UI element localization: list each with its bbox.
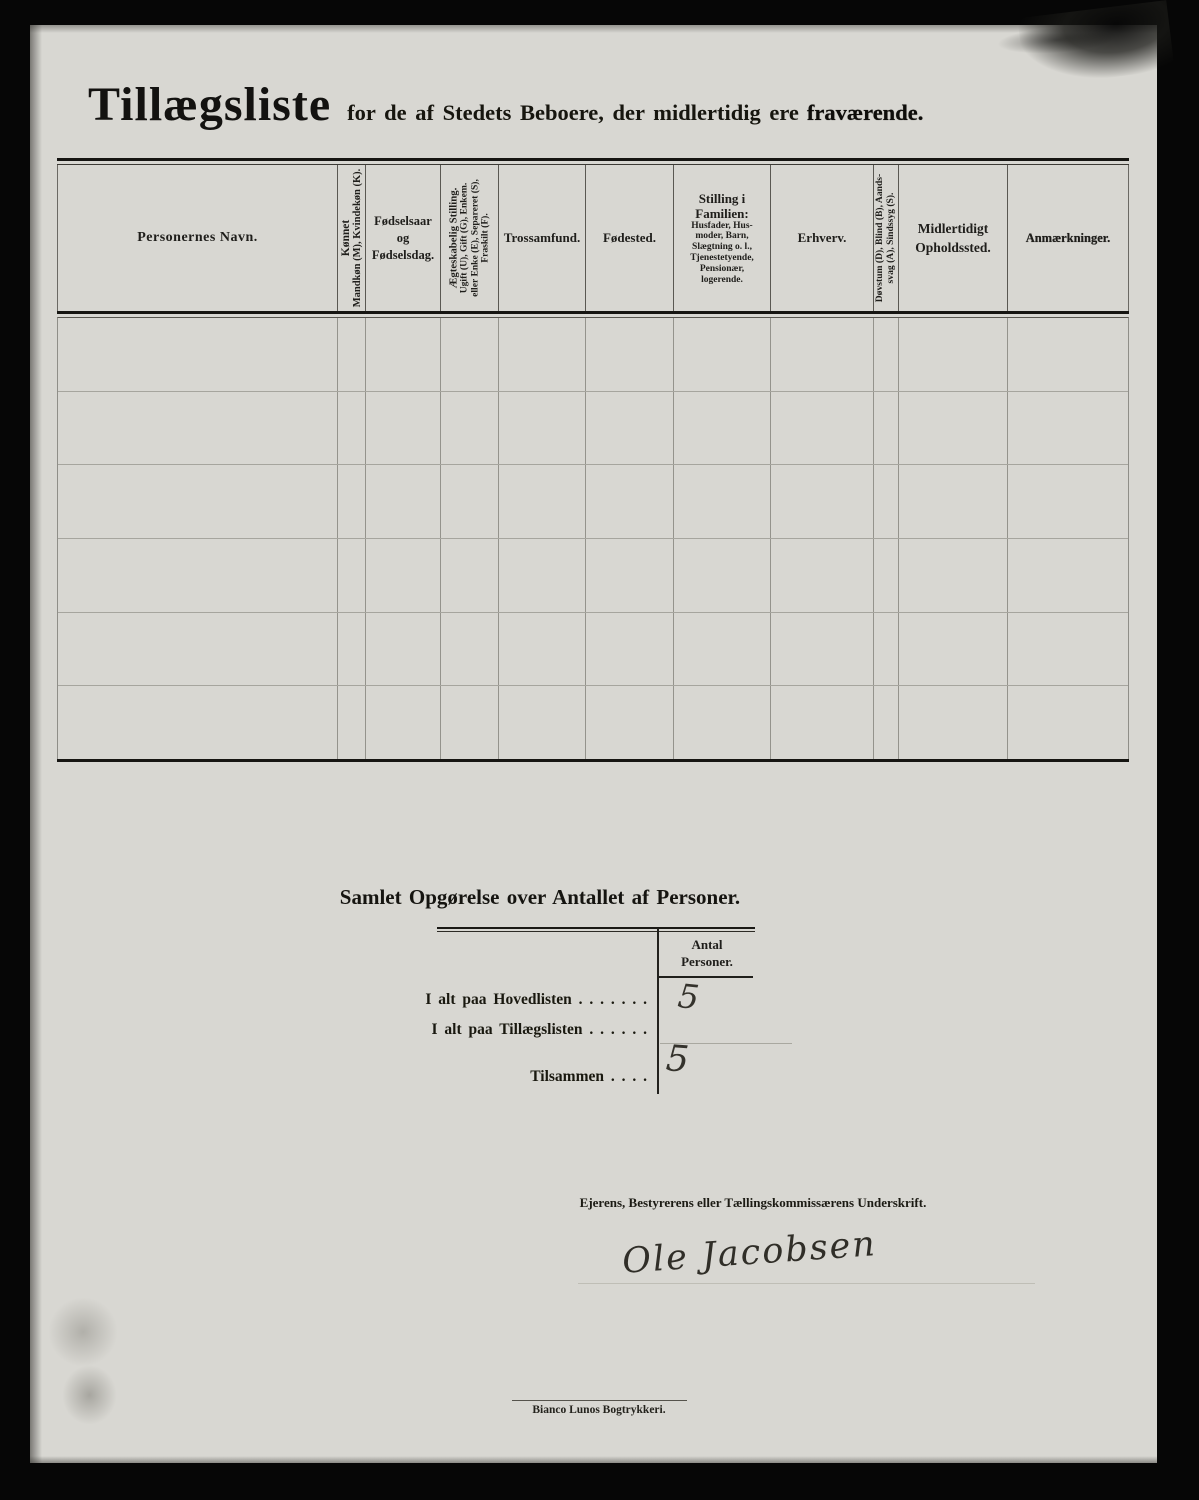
title-main: Tillægsliste: [88, 77, 331, 132]
table-cell: [874, 686, 899, 759]
table-cell: [899, 686, 1008, 759]
table-row: [58, 613, 1128, 687]
column-header-erhverv: Erhverv.: [771, 165, 874, 311]
table-cell: [874, 465, 899, 538]
table-cell: [366, 392, 441, 465]
table-cell: [58, 392, 338, 465]
smudge: [62, 1365, 117, 1425]
table-cell: [338, 465, 366, 538]
table-body: [57, 317, 1129, 759]
table-cell: [441, 392, 499, 465]
table-cell: [899, 613, 1008, 686]
column-header-stilling-i-familien: Stilling i Familien: Husfader, Hus- mode…: [674, 165, 771, 311]
table-cell: [58, 539, 338, 612]
table-cell: [1008, 465, 1128, 538]
table-cell: [1008, 613, 1128, 686]
column-header-midlertidigt-opholdssted: Midlertidigt Opholdssted.: [899, 165, 1008, 311]
table-cell: [674, 686, 771, 759]
table-cell: [499, 613, 586, 686]
table-cell: [441, 686, 499, 759]
vertical-text: Døvstum (D), Blind (B), Aands- svag (A),…: [875, 165, 897, 311]
form-title: Tillægsliste for de af Stedets Beboere, …: [88, 77, 923, 132]
table-cell: [441, 539, 499, 612]
summary-top-rule-thin: [437, 931, 755, 932]
title-emphasis: fraværende.: [807, 100, 923, 126]
table-cell: [338, 392, 366, 465]
scan-shadow-bottom: [30, 1456, 1157, 1463]
table-cell: [366, 686, 441, 759]
signature-handwriting: Ole Jacobsen: [621, 1224, 878, 1282]
summary-row-tillaegslisten: I alt paa Tillægslisten . . . . . .: [432, 1021, 647, 1039]
table-cell: [1008, 318, 1128, 391]
table-cell: [874, 392, 899, 465]
smudge: [48, 1297, 118, 1367]
table-cell: [1008, 686, 1128, 759]
table-cell: [338, 686, 366, 759]
column-header-kjoennet: Kønnet Mandkøn (M), Kvindekøn (K).: [338, 165, 366, 311]
summary-row-hovedlisten: I alt paa Hovedlisten . . . . . . .: [425, 991, 647, 1009]
column-header-anmaerkninger: Anmærkninger.: [1008, 165, 1128, 311]
table-cell: [441, 613, 499, 686]
table-cell: [771, 613, 874, 686]
summary-title: Samlet Opgørelse over Antallet af Person…: [305, 885, 775, 910]
column-header-trossamfund: Trossamfund.: [499, 165, 586, 311]
table-cell: [899, 539, 1008, 612]
table-cell: [771, 539, 874, 612]
table-cell: [586, 539, 674, 612]
table-row: [58, 318, 1128, 392]
table-cell: [1008, 539, 1128, 612]
table-cell: [874, 318, 899, 391]
table-cell: [771, 465, 874, 538]
table-cell: [499, 539, 586, 612]
table-cell: [441, 318, 499, 391]
table-row: [58, 392, 1128, 466]
table-cell: [366, 613, 441, 686]
table-cell: [586, 392, 674, 465]
table-cell: [674, 539, 771, 612]
table-cell: [674, 392, 771, 465]
table-cell: [771, 392, 874, 465]
table-cell: [441, 465, 499, 538]
column-header-aegteskabelig-stilling: Ægteskabelig Stilling. Ugift (U), Gift (…: [441, 165, 499, 311]
printer-rule: [512, 1400, 687, 1401]
column-header-foedselsaar: Fødselsaar og Fødselsdag.: [366, 165, 441, 311]
table-cell: [586, 465, 674, 538]
summary-column-header: Antal Personer.: [661, 937, 753, 970]
table-cell: [674, 318, 771, 391]
table-row: [58, 686, 1128, 759]
table-cell: [874, 539, 899, 612]
scan-shadow-top: [30, 25, 1157, 33]
table-cell: [366, 539, 441, 612]
table-cell: [499, 318, 586, 391]
table-cell: [338, 318, 366, 391]
summary-divider-line: [657, 928, 659, 1094]
table-cell: [899, 318, 1008, 391]
summary-column-header-rule: [659, 976, 753, 978]
table-cell: [499, 392, 586, 465]
signature-label: Ejerens, Bestyrerens eller Tællingskommi…: [548, 1195, 958, 1211]
vertical-text: Ægteskabelig Stilling. Ugift (U), Gift (…: [448, 165, 491, 311]
table-cell: [58, 686, 338, 759]
column-header-personernes-navn: Personernes Navn.: [58, 165, 338, 311]
summary-row-tilsammen: Tilsammen . . . .: [530, 1068, 647, 1086]
handwritten-value-hovedlisten: 5: [676, 976, 701, 1017]
title-subtitle: for de af Stedets Beboere, der midlertid…: [347, 100, 799, 126]
table-cell: [58, 465, 338, 538]
table-cell: [586, 613, 674, 686]
table-cell: [899, 392, 1008, 465]
table-cell: [366, 318, 441, 391]
table-cell: [674, 613, 771, 686]
table-cell: [58, 318, 338, 391]
table-cell: [674, 465, 771, 538]
table-cell: [586, 686, 674, 759]
paper: Tillægsliste for de af Stedets Beboere, …: [30, 25, 1157, 1463]
summary-top-rule: [437, 927, 755, 929]
table-header: Personernes Navn. Kønnet Mandkøn (M), Kv…: [57, 165, 1129, 311]
table-row: [58, 539, 1128, 613]
column-header-doevstum-blind: Døvstum (D), Blind (B), Aands- svag (A),…: [874, 165, 899, 311]
printer-imprint: Bianco Lunos Bogtrykkeri.: [499, 1404, 699, 1416]
vertical-text: Kønnet Mandkøn (M), Kvindekøn (K).: [340, 165, 364, 311]
scan-frame: Tillægsliste for de af Stedets Beboere, …: [0, 0, 1199, 1500]
table-cell: [1008, 392, 1128, 465]
table-cell: [771, 686, 874, 759]
table-cell: [338, 613, 366, 686]
table-cell: [771, 318, 874, 391]
table-cell: [499, 465, 586, 538]
table-cell: [366, 465, 441, 538]
handwritten-value-tilsammen: 5: [665, 1038, 691, 1080]
table-cell: [899, 465, 1008, 538]
table-cell: [338, 539, 366, 612]
scan-shadow-left: [30, 25, 42, 1463]
signature-line: [578, 1283, 1035, 1284]
table-cell: [499, 686, 586, 759]
table-cell: [586, 318, 674, 391]
census-table: Personernes Navn. Kønnet Mandkøn (M), Kv…: [57, 158, 1129, 762]
table-cell: [874, 613, 899, 686]
table-bottom-rule: [57, 759, 1129, 762]
table-row: [58, 465, 1128, 539]
table-cell: [58, 613, 338, 686]
column-header-foedested: Fødested.: [586, 165, 674, 311]
